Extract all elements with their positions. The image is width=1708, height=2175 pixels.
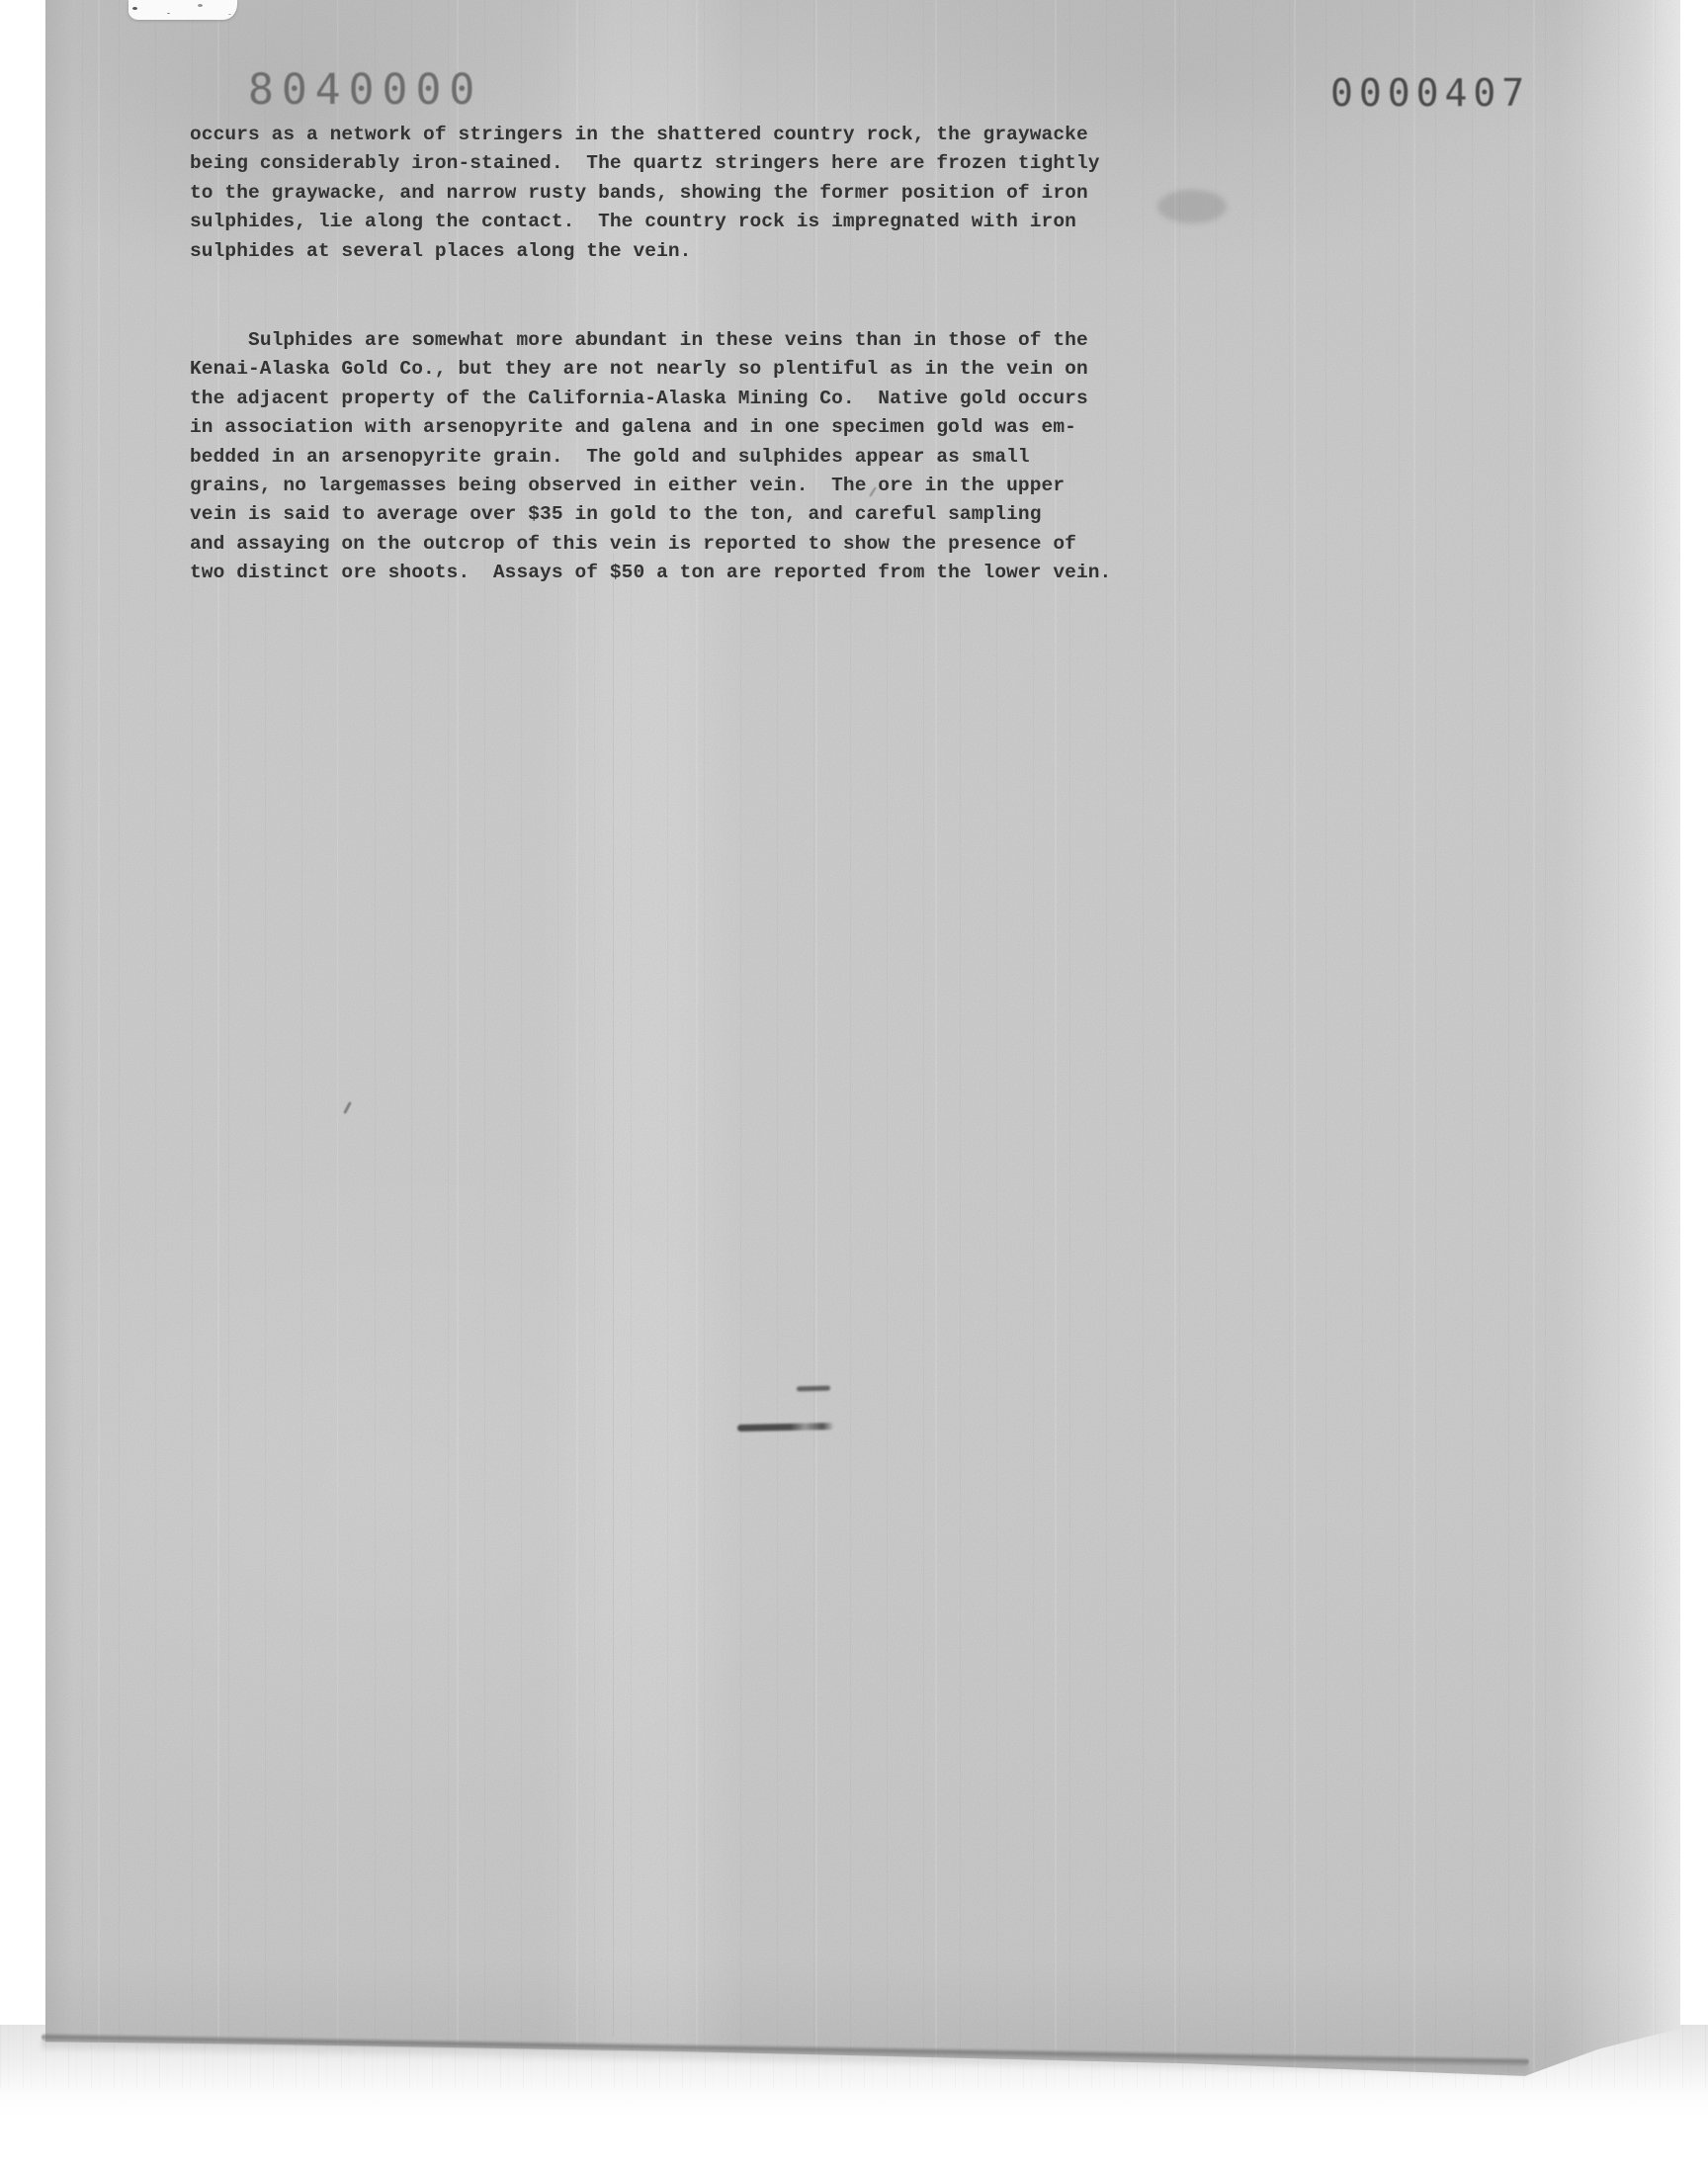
torn-corner-tape xyxy=(128,0,237,20)
paragraph-quartz-stringers: occurs as a network of stringers in the … xyxy=(190,121,1100,266)
crease-line xyxy=(613,554,614,2037)
paragraph-sulphides: Sulphides are somewhat more abundant in … xyxy=(190,326,1111,588)
scanned-page: 8040000 0000407 occurs as a network of s… xyxy=(45,0,1680,2078)
overstrike-smudge xyxy=(1157,190,1227,223)
scanner-streaks xyxy=(45,0,1680,2078)
stray-pen-mark-1 xyxy=(343,1101,352,1114)
ink-smudge-long xyxy=(737,1423,834,1432)
stamp-number-top-left: 8040000 xyxy=(248,65,482,115)
ink-smudge-short xyxy=(797,1386,830,1392)
paper-grain-texture xyxy=(45,0,1680,2078)
scan-canvas: { "document": { "stamp_left": "8040000",… xyxy=(0,0,1708,2175)
stamp-number-top-right: 0000407 xyxy=(1330,71,1530,115)
